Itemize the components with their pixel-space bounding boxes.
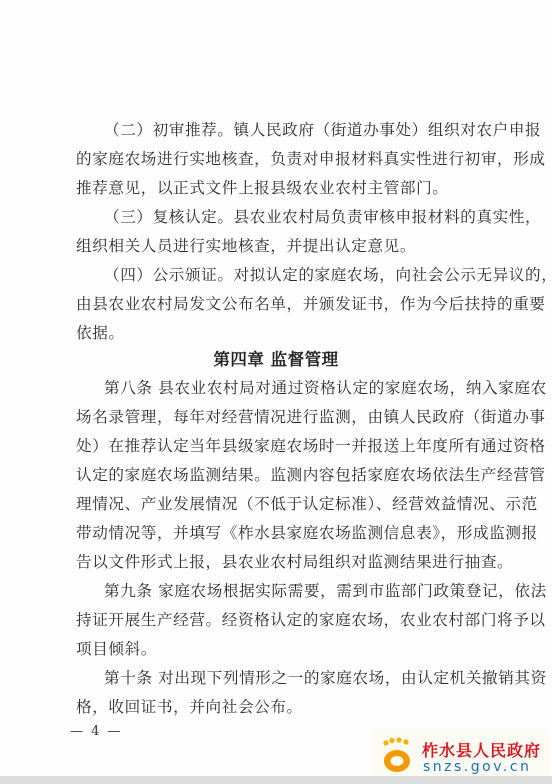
text-line: 场名录管理，每年对经营情况进行监测，由镇人民政府（街道办事 [76,407,492,427]
text-line: 由县农业农村局发文公布名单，并颁发证书，作为今后扶持的重要 [76,294,492,314]
text-line: 组织相关人员进行实地核查，并提出认定意见。 [76,236,492,256]
text-line: 第八条 县农业农村局对通过资格认定的家庭农场，纳入家庭农 [104,378,492,398]
text-line: （四）公示颁证。对拟认定的家庭农场，向社会公示无异议的， [104,265,492,285]
page-number: — 4 — [70,724,123,739]
text-line: 格，收回证书，并向社会公布。 [76,697,492,717]
text-line: 持证开展生产经营。经资格认定的家庭农场，农业农村部门将予以 [76,610,492,630]
text-line: 第十条 对出现下列情形之一的家庭农场，由认定机关撤销其资 [104,668,492,688]
document-page: （二）初审推荐。镇人民政府（街道办事处）组织对农户申报 的家庭农场进行实地核查，… [0,0,552,776]
text-line: 告以文件形式上报，县农业农村局组织对监测结果进行抽查。 [76,552,492,572]
text-line: 项目倾斜。 [76,639,492,659]
text-line: 第九条 家庭农场根据实际需要，需到市监部门政策登记，依法 [104,581,492,601]
text-line: 依据。 [76,323,492,343]
text-line: 推荐意见，以正式文件上报县级农业农村主管部门。 [76,178,492,198]
site-watermark[interactable]: 柞水县人民政府 snzs.gov.cn [372,729,550,781]
text-line: （三）复核认定。县农业农村局负责审核申报材料的真实性， [104,207,492,227]
text-line: 处）在推荐认定当年县级家庭农场时一并报送上年度所有通过资格 [76,436,492,456]
site-name: 柞水县人民政府 [422,738,541,761]
site-url[interactable]: snzs.gov.cn [423,759,531,775]
text-line: （二）初审推荐。镇人民政府（街道办事处）组织对农户申报 [104,120,492,140]
text-line: 带动情况等，并填写《柞水县家庭农场监测信息表》，形成监测报 [76,523,492,543]
chapter-heading: 第四章 监督管理 [0,350,552,370]
text-line: 认定的家庭农场监测结果。监测内容包括家庭农场依法生产经营管 [76,465,492,485]
text-line: 理情况、产业发展情况（不低于认定标准）、经营效益情况、示范 [76,494,492,514]
bottom-edge [0,776,552,784]
text-line: 的家庭农场进行实地核查，负责对申报材料真实性进行初审，形成 [76,149,492,169]
paw-icon [380,737,416,775]
